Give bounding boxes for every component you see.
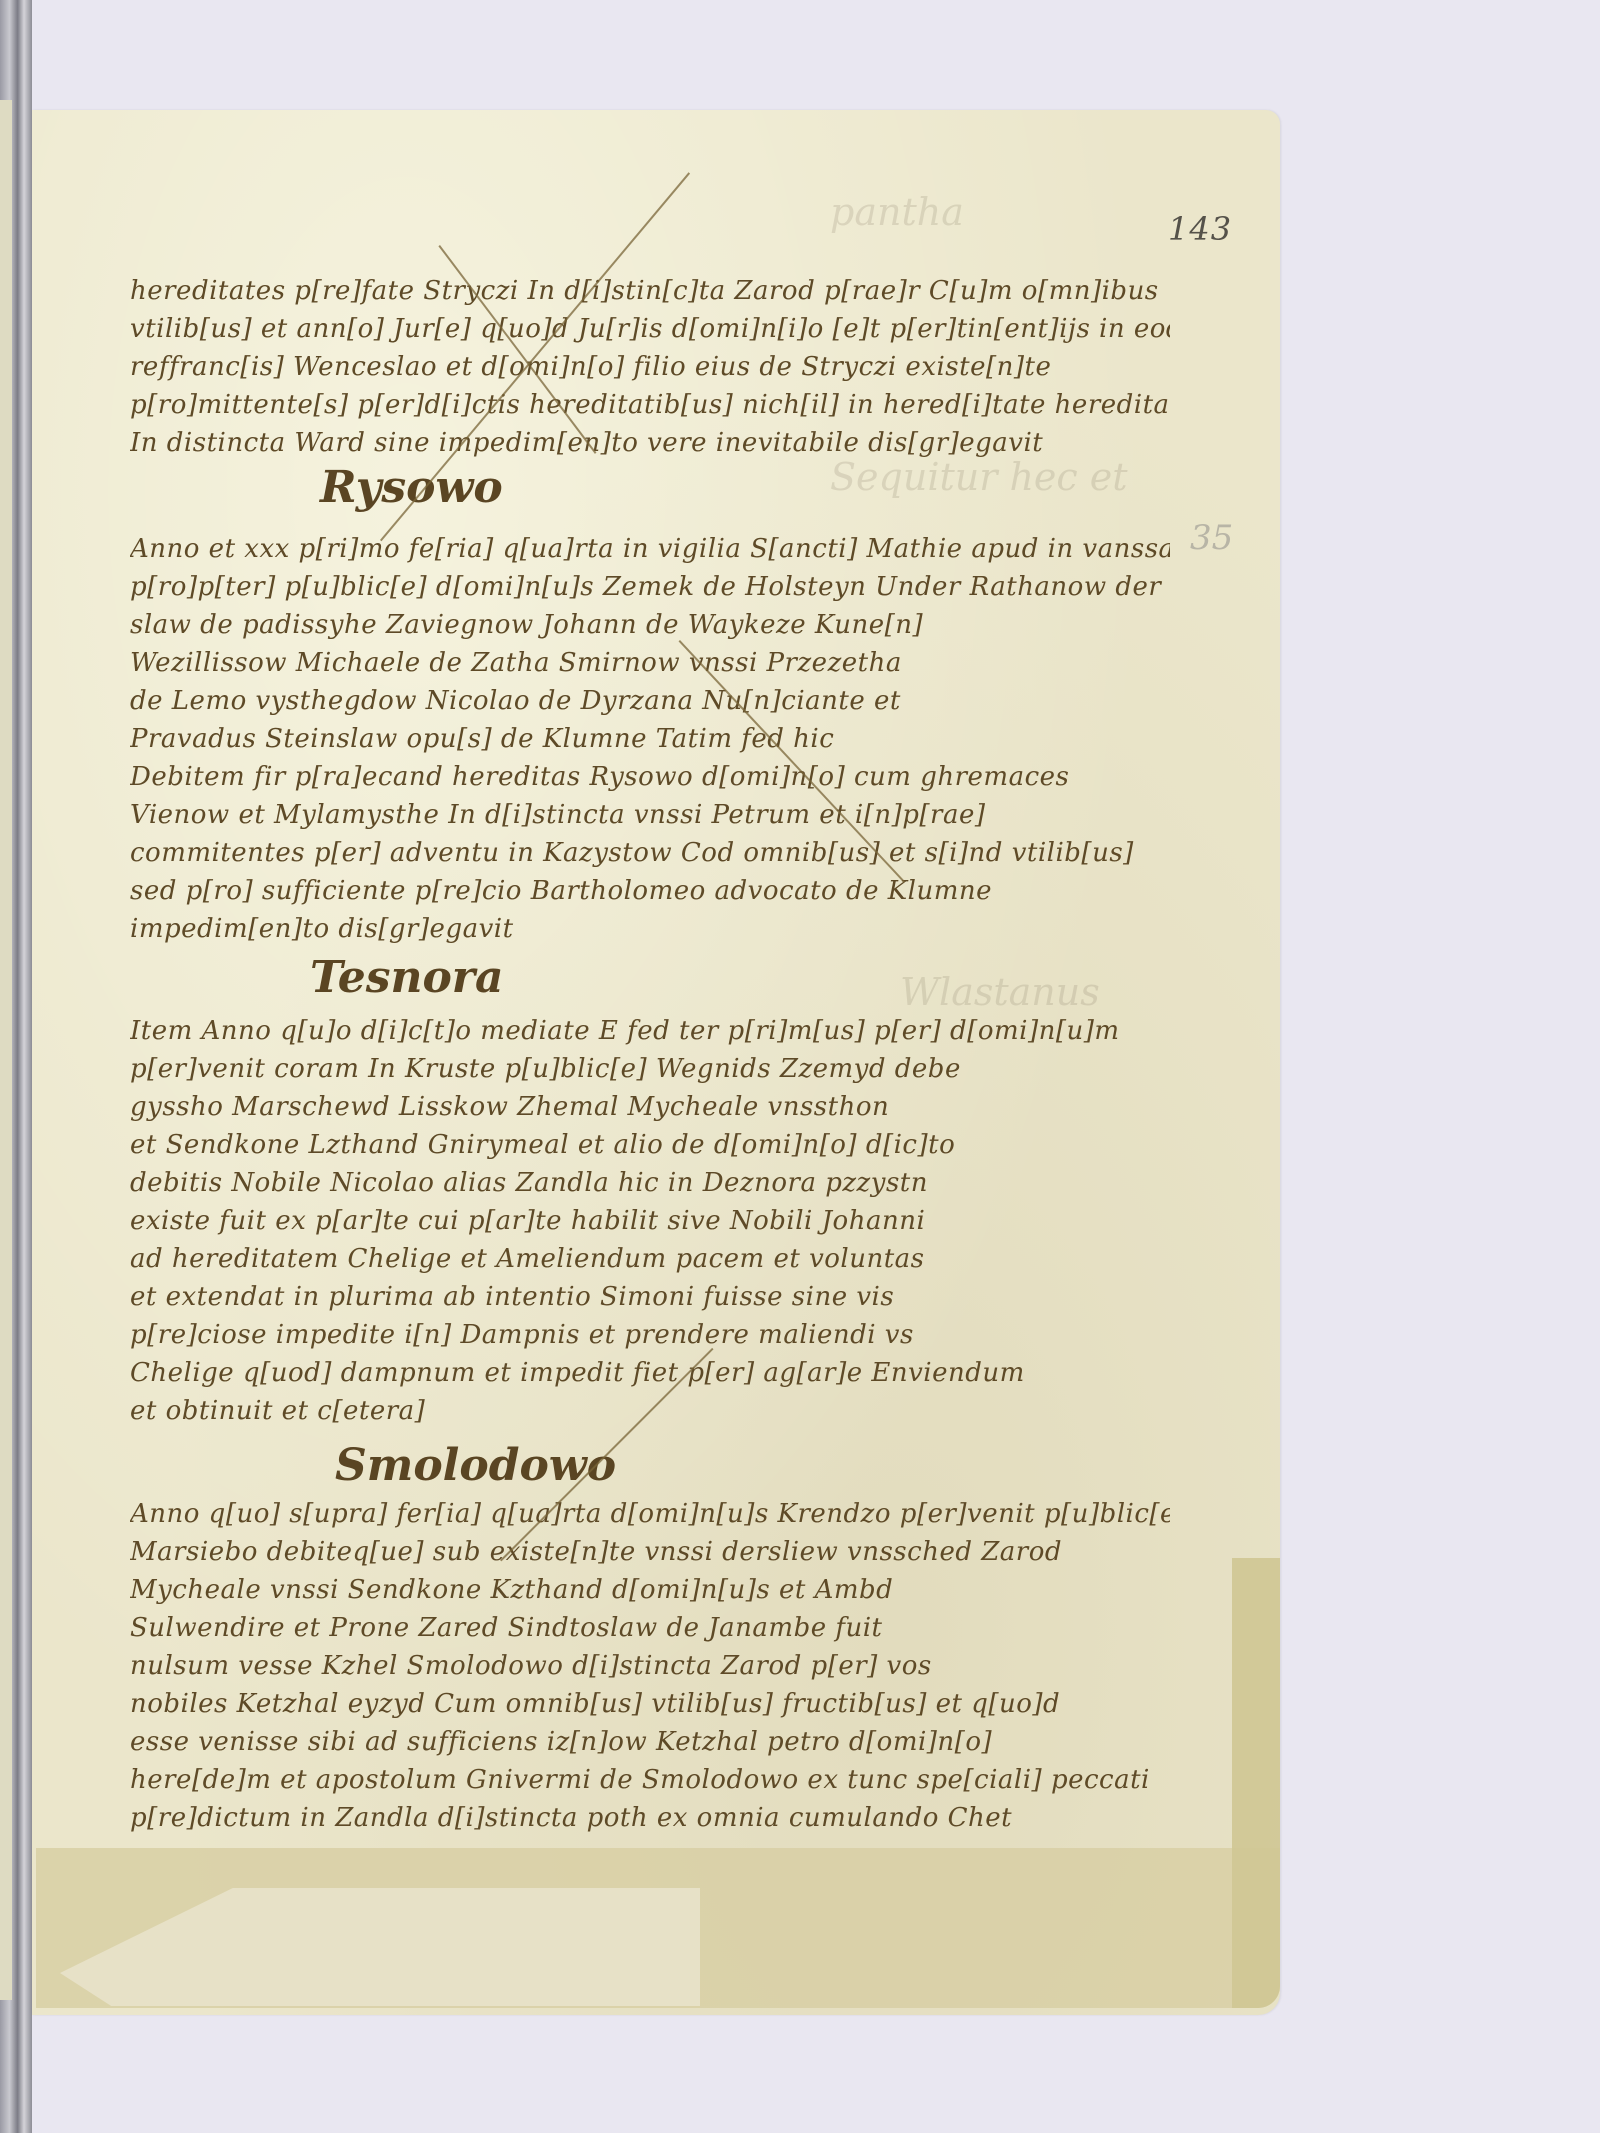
manuscript-line: esse venisse sibi ad sufficiens iz[n]ow …: [130, 1723, 1170, 1761]
manuscript-line: Pravadus Steinslaw opu[s] de Klumne Tati…: [130, 720, 1170, 758]
entry-heading-tesnora: Tesnora: [310, 952, 504, 1003]
manuscript-line: Wezillissow Michaele de Zatha Smirnow vn…: [130, 644, 1170, 682]
manuscript-line: here[de]m et apostolum Gnivermi de Smolo…: [130, 1761, 1170, 1799]
manuscript-line: de Lemo vysthegdow Nicolao de Dyrzana Nu…: [130, 682, 1170, 720]
manuscript-line: p[er]venit coram In Kruste p[u]blic[e] W…: [130, 1050, 1170, 1088]
manuscript-line: vtilib[us] et ann[o] Jur[e] q[uo]d Ju[r]…: [130, 310, 1170, 348]
entry-continuation: hereditates p[re]fate Stryczi In d[i]sti…: [130, 272, 1170, 462]
manuscript-line: Anno q[uo] s[upra] fer[ia] q[ua]rta d[om…: [130, 1495, 1170, 1533]
manuscript-line: Debitem fir p[ra]ecand hereditas Rysowo …: [130, 758, 1170, 796]
manuscript-line: Mycheale vnssi Sendkone Kzthand d[omi]n[…: [130, 1571, 1170, 1609]
manuscript-line: p[re]ciose impedite i[n] Dampnis et pren…: [130, 1316, 1170, 1354]
manuscript-line: et Sendkone Lzthand Gnirymeal et alio de…: [130, 1126, 1170, 1164]
paper-repair-right: [1232, 1558, 1280, 2008]
manuscript-line: p[re]dictum in Zandla d[i]stincta poth e…: [130, 1799, 1170, 1837]
manuscript-line: p[ro]p[ter] p[u]blic[e] d[omi]n[u]s Zeme…: [130, 568, 1170, 606]
manuscript-line: Item Anno q[u]o d[i]c[t]o mediate E fed …: [130, 1012, 1170, 1050]
manuscript-line: nobiles Ketzhal eyzyd Cum omnib[us] vtil…: [130, 1685, 1170, 1723]
entry-tesnora: Item Anno q[u]o d[i]c[t]o mediate E fed …: [130, 1012, 1170, 1430]
manuscript-line: Anno et xxx p[ri]mo fe[ria] q[ua]rta in …: [130, 530, 1170, 568]
manuscript-line: nulsum vesse Kzhel Smolodowo d[i]stincta…: [130, 1647, 1170, 1685]
bleedthrough-text: Wlastanus: [900, 970, 1100, 1014]
manuscript-line: ad hereditatem Chelige et Ameliendum pac…: [130, 1240, 1170, 1278]
manuscript-line: debitis Nobile Nicolao alias Zandla hic …: [130, 1164, 1170, 1202]
manuscript-line: existe fuit ex p[ar]te cui p[ar]te habil…: [130, 1202, 1170, 1240]
entry-smolodowo: Anno q[uo] s[upra] fer[ia] q[ua]rta d[om…: [130, 1495, 1170, 1837]
entry-heading-smolodowo: Smolodowo: [335, 1440, 616, 1491]
manuscript-line: Marsiebo debiteq[ue] sub existe[n]te vns…: [130, 1533, 1170, 1571]
manuscript-line: slaw de padissyhe Zaviegnow Johann de Wa…: [130, 606, 1170, 644]
manuscript-line: hereditates p[re]fate Stryczi In d[i]sti…: [130, 272, 1170, 310]
manuscript-line: sed p[ro] sufficiente p[re]cio Bartholom…: [130, 872, 1170, 910]
old-folio-number: 35: [1190, 518, 1233, 558]
manuscript-line: p[ro]mittente[s] p[er]d[i]ctis hereditat…: [130, 386, 1170, 424]
manuscript-line: gyssho Marschewd Lisskow Zhemal Mycheale…: [130, 1088, 1170, 1126]
manuscript-line: commitentes p[er] adventu in Kazystow Co…: [130, 834, 1170, 872]
folio-number: 143: [1168, 210, 1232, 248]
manuscript-line: reffranc[is] Wenceslao et d[omi]n[o] fil…: [130, 348, 1170, 386]
previous-page-edge: [0, 100, 12, 2000]
manuscript-line: Vienow et Mylamysthe In d[i]stincta vnss…: [130, 796, 1170, 834]
manuscript-line: Chelige q[uod] dampnum et impedit fiet p…: [130, 1354, 1170, 1392]
manuscript-line: impedim[en]to dis[gr]egavit: [130, 910, 1170, 948]
bleedthrough-text: pantha: [830, 190, 964, 234]
entry-rysowo: Anno et xxx p[ri]mo fe[ria] q[ua]rta in …: [130, 530, 1170, 948]
manuscript-line: Sulwendire et Prone Zared Sindtoslaw de …: [130, 1609, 1170, 1647]
manuscript-line: In distincta Ward sine impedim[en]to ver…: [130, 424, 1170, 462]
manuscript-line: et extendat in plurima ab intentio Simon…: [130, 1278, 1170, 1316]
